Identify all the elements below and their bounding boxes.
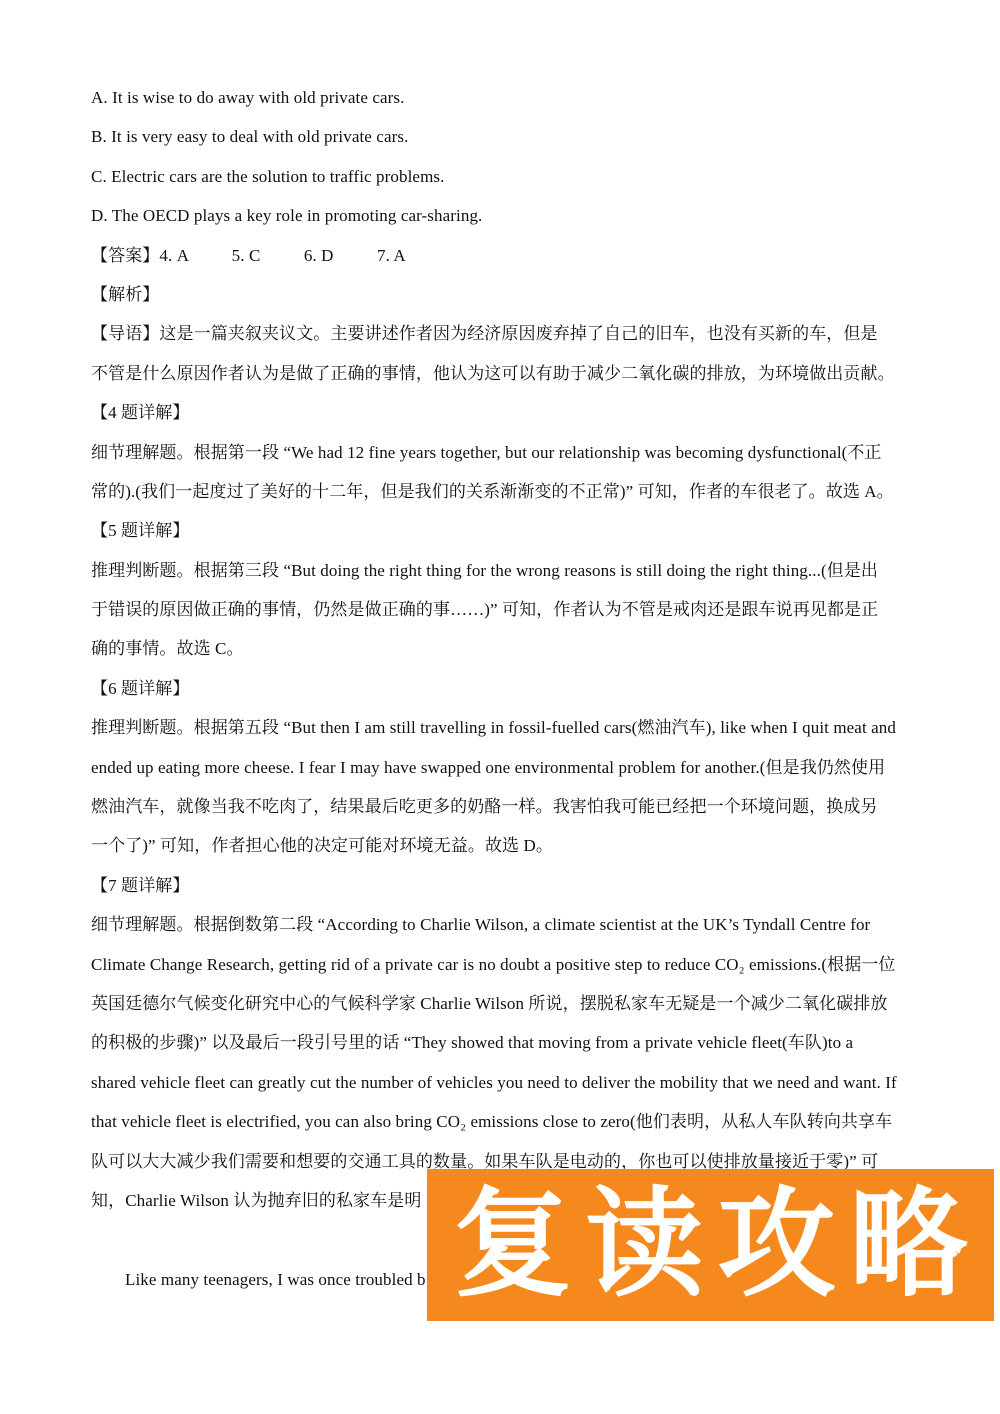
q6-line-4: 一个了)” 可知，作者担心他的决定可能对环境无益。故选 D。 [91, 826, 911, 865]
promo-banner-text: 复读攻略 [439, 1169, 981, 1321]
q7-line-1: 细节理解题。根据倒数第二段 “According to Charlie Wils… [91, 905, 911, 944]
option-b: B. It is very easy to deal with old priv… [91, 117, 911, 156]
analysis-label: 【解析】 [91, 275, 911, 314]
q4-line-2: 常的).(我们一起度过了美好的十二年，但是我们的关系渐渐变的不正常)” 可知，作… [91, 472, 911, 511]
document-body: A. It is wise to do away with old privat… [91, 78, 911, 1299]
q5-heading: 【5 题详解】 [91, 511, 911, 550]
answer-line: 【答案】4. A 5. C 6. D 7. A [91, 236, 911, 275]
intro-line-2: 不管是什么原因作者认为是做了正确的事情，他认为这可以有助于减少二氧化碳的排放，为… [91, 354, 911, 393]
q7-heading: 【7 题详解】 [91, 866, 911, 905]
document-page: A. It is wise to do away with old privat… [0, 0, 1000, 1414]
q7-line-6: that vehicle fleet is electrified, you c… [91, 1102, 911, 1141]
option-c: C. Electric cars are the solution to tra… [91, 157, 911, 196]
q6-line-2: ended up eating more cheese. I fear I ma… [91, 748, 911, 787]
q6-line-1: 推理判断题。根据第五段 “But then I am still travell… [91, 708, 911, 747]
promo-banner: 复读攻略 [427, 1169, 994, 1321]
q4-heading: 【4 题详解】 [91, 393, 911, 432]
q7-line-3: 英国廷德尔气候变化研究中心的气候科学家 Charlie Wilson 所说，摆脱… [91, 984, 911, 1023]
q6-heading: 【6 题详解】 [91, 669, 911, 708]
q6-line-3: 燃油汽车，就像当我不吃肉了，结果最后吃更多的奶酪一样。我害怕我可能已经把一个环境… [91, 787, 911, 826]
intro-line-1: 【导语】这是一篇夹叙夹议文。主要讲述作者因为经济原因废弃掉了自己的旧车，也没有买… [91, 314, 911, 353]
q7-line-4: 的积极的步骤)” 以及最后一段引号里的话 “They showed that m… [91, 1023, 911, 1062]
q5-line-1: 推理判断题。根据第三段 “But doing the right thing f… [91, 551, 911, 590]
q7-line-5: shared vehicle fleet can greatly cut the… [91, 1063, 911, 1102]
q7-line-2: Climate Change Research, getting rid of … [91, 945, 911, 984]
option-a: A. It is wise to do away with old privat… [91, 78, 911, 117]
q5-line-2: 于错误的原因做正确的事情，仍然是做正确的事……)” 可知，作者认为不管是戒肉还是… [91, 590, 911, 629]
option-d: D. The OECD plays a key role in promotin… [91, 196, 911, 235]
q4-line-1: 细节理解题。根据第一段 “We had 12 fine years togeth… [91, 433, 911, 472]
q5-line-3: 确的事情。故选 C。 [91, 629, 911, 668]
